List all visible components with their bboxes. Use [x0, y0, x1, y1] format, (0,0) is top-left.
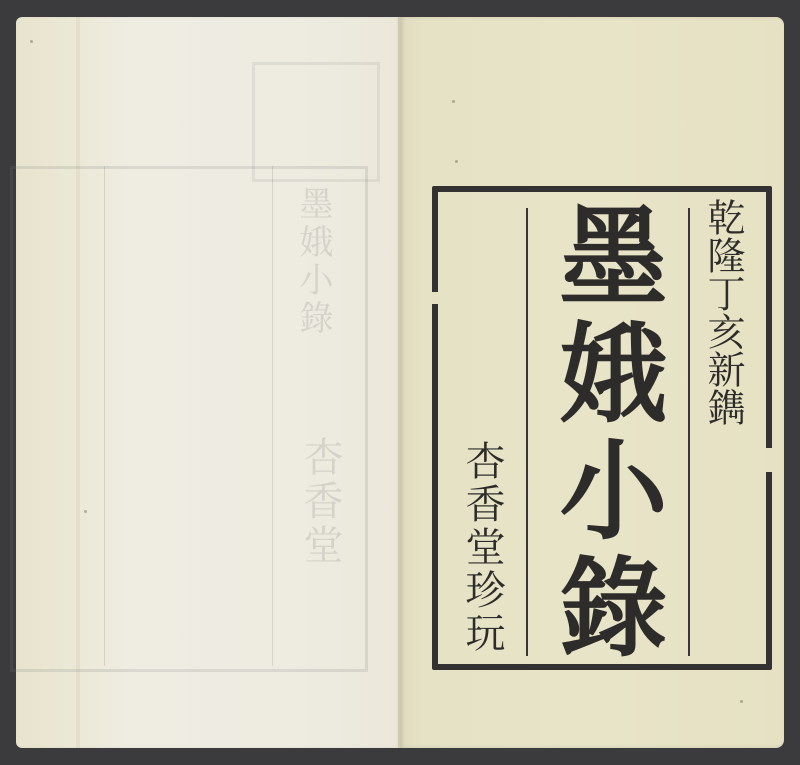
- paper-speck: [455, 160, 458, 163]
- frame-gap: [766, 448, 776, 472]
- frame-gap: [430, 292, 440, 304]
- book-scan: 墨娥小錄 杏香堂 乾隆丁亥新鐫 墨娥小錄 杏香堂珍玩: [0, 0, 800, 765]
- bleed-through-rule: [272, 166, 273, 666]
- paper-speck: [740, 700, 743, 703]
- column-rule-right: [688, 208, 690, 656]
- bleed-through-seal: [252, 62, 380, 182]
- bleed-through-publisher: 杏香堂: [300, 436, 340, 568]
- paper-speck: [452, 100, 455, 103]
- paper-speck: [30, 40, 33, 43]
- paper-speck: [84, 510, 87, 513]
- bleed-through-title: 墨娥小錄: [296, 186, 330, 338]
- edition-note: 乾隆丁亥新鐫: [704, 198, 742, 426]
- publisher-imprint: 杏香堂珍玩: [462, 440, 502, 655]
- bleed-through-rule: [104, 166, 105, 666]
- column-rule-left: [526, 208, 528, 656]
- book-title: 墨娥小錄: [550, 200, 658, 668]
